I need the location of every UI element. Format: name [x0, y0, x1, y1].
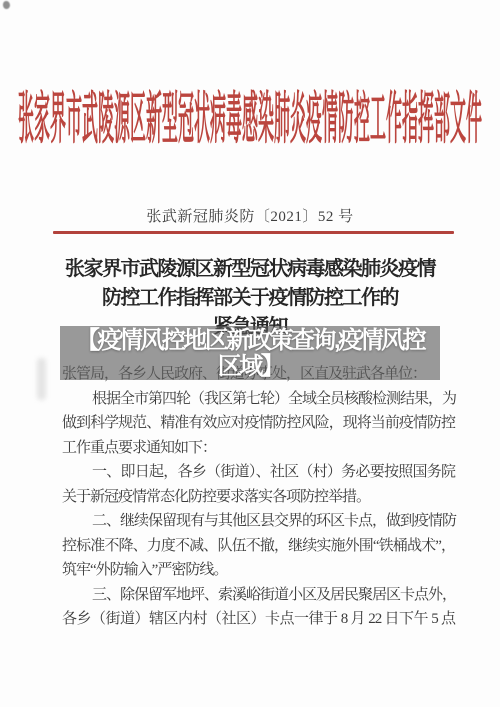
- watermark-text-line-1: 【疫情风控地区新政策查询,疫情风控: [60, 328, 440, 354]
- document-header-banner: 张家界市武陵源区新型冠状病毒感染肺炎疫情防控工作指挥部文件: [0, 90, 500, 154]
- banner-title: 张家界市武陵源区新型冠状病毒感染肺炎疫情防控工作指挥部文件: [18, 90, 482, 147]
- title-line-1: 张家界市武陵源区新型冠状病毒感染肺炎疫情: [0, 255, 500, 284]
- paragraph-3-line: 控标准不降、力度不减、队伍不撤，继续实施外围“铁桶战术”，: [62, 534, 455, 559]
- watermark-overlay-band: 【疫情风控地区新政策查询,疫情风控 区域】: [60, 326, 440, 380]
- paragraph-1-line: 工作重点要求通知如下：: [62, 436, 455, 461]
- paragraph-4-line: 各乡（街道）辖区内村（社区）卡点一律于 8 月 22 日下午 5 点: [62, 607, 455, 632]
- document-body: 张管局，各乡人民政府、街道办事处，区直及驻武各单位： 根据全市第四轮（我区第七轮…: [62, 362, 455, 632]
- scanned-document-page: 张家界市武陵源区新型冠状病毒感染肺炎疫情防控工作指挥部文件 张武新冠肺炎防〔20…: [0, 0, 500, 707]
- scan-artifact: [3, 1, 10, 9]
- paragraph-1-line: 做到科学规范、精准有效应对疫情防控风险，现将当前疫情防控: [62, 411, 455, 436]
- paragraph-4-line: 三、除保留军地坪、索溪峪街道小区及居民聚居区卡点外，: [62, 583, 455, 608]
- paragraph-3-line: 筑牢“外防输入”严密防线。: [62, 558, 455, 583]
- red-divider-line: [53, 231, 454, 234]
- paragraph-2-line: 一、即日起，各乡（街道）、社区（村）务必要按照国务院: [62, 460, 455, 485]
- paragraph-1-line: 根据全市第四轮（我区第七轮）全域全员核酸检测结果，为: [62, 387, 455, 412]
- paragraph-2-line: 关于新冠疫情常态化防控要求落实各项防控举措。: [62, 485, 455, 510]
- watermark-text-line-2: 区域】: [60, 354, 440, 380]
- paragraph-3-line: 二、继续保留现有与其他区县交界的环区卡点，做到疫情防: [62, 509, 455, 534]
- scan-artifact: [37, 358, 46, 400]
- title-line-2: 防控工作指挥部关于疫情防控工作的: [0, 284, 500, 313]
- document-number: 张武新冠肺炎防〔2021〕52 号: [0, 205, 500, 226]
